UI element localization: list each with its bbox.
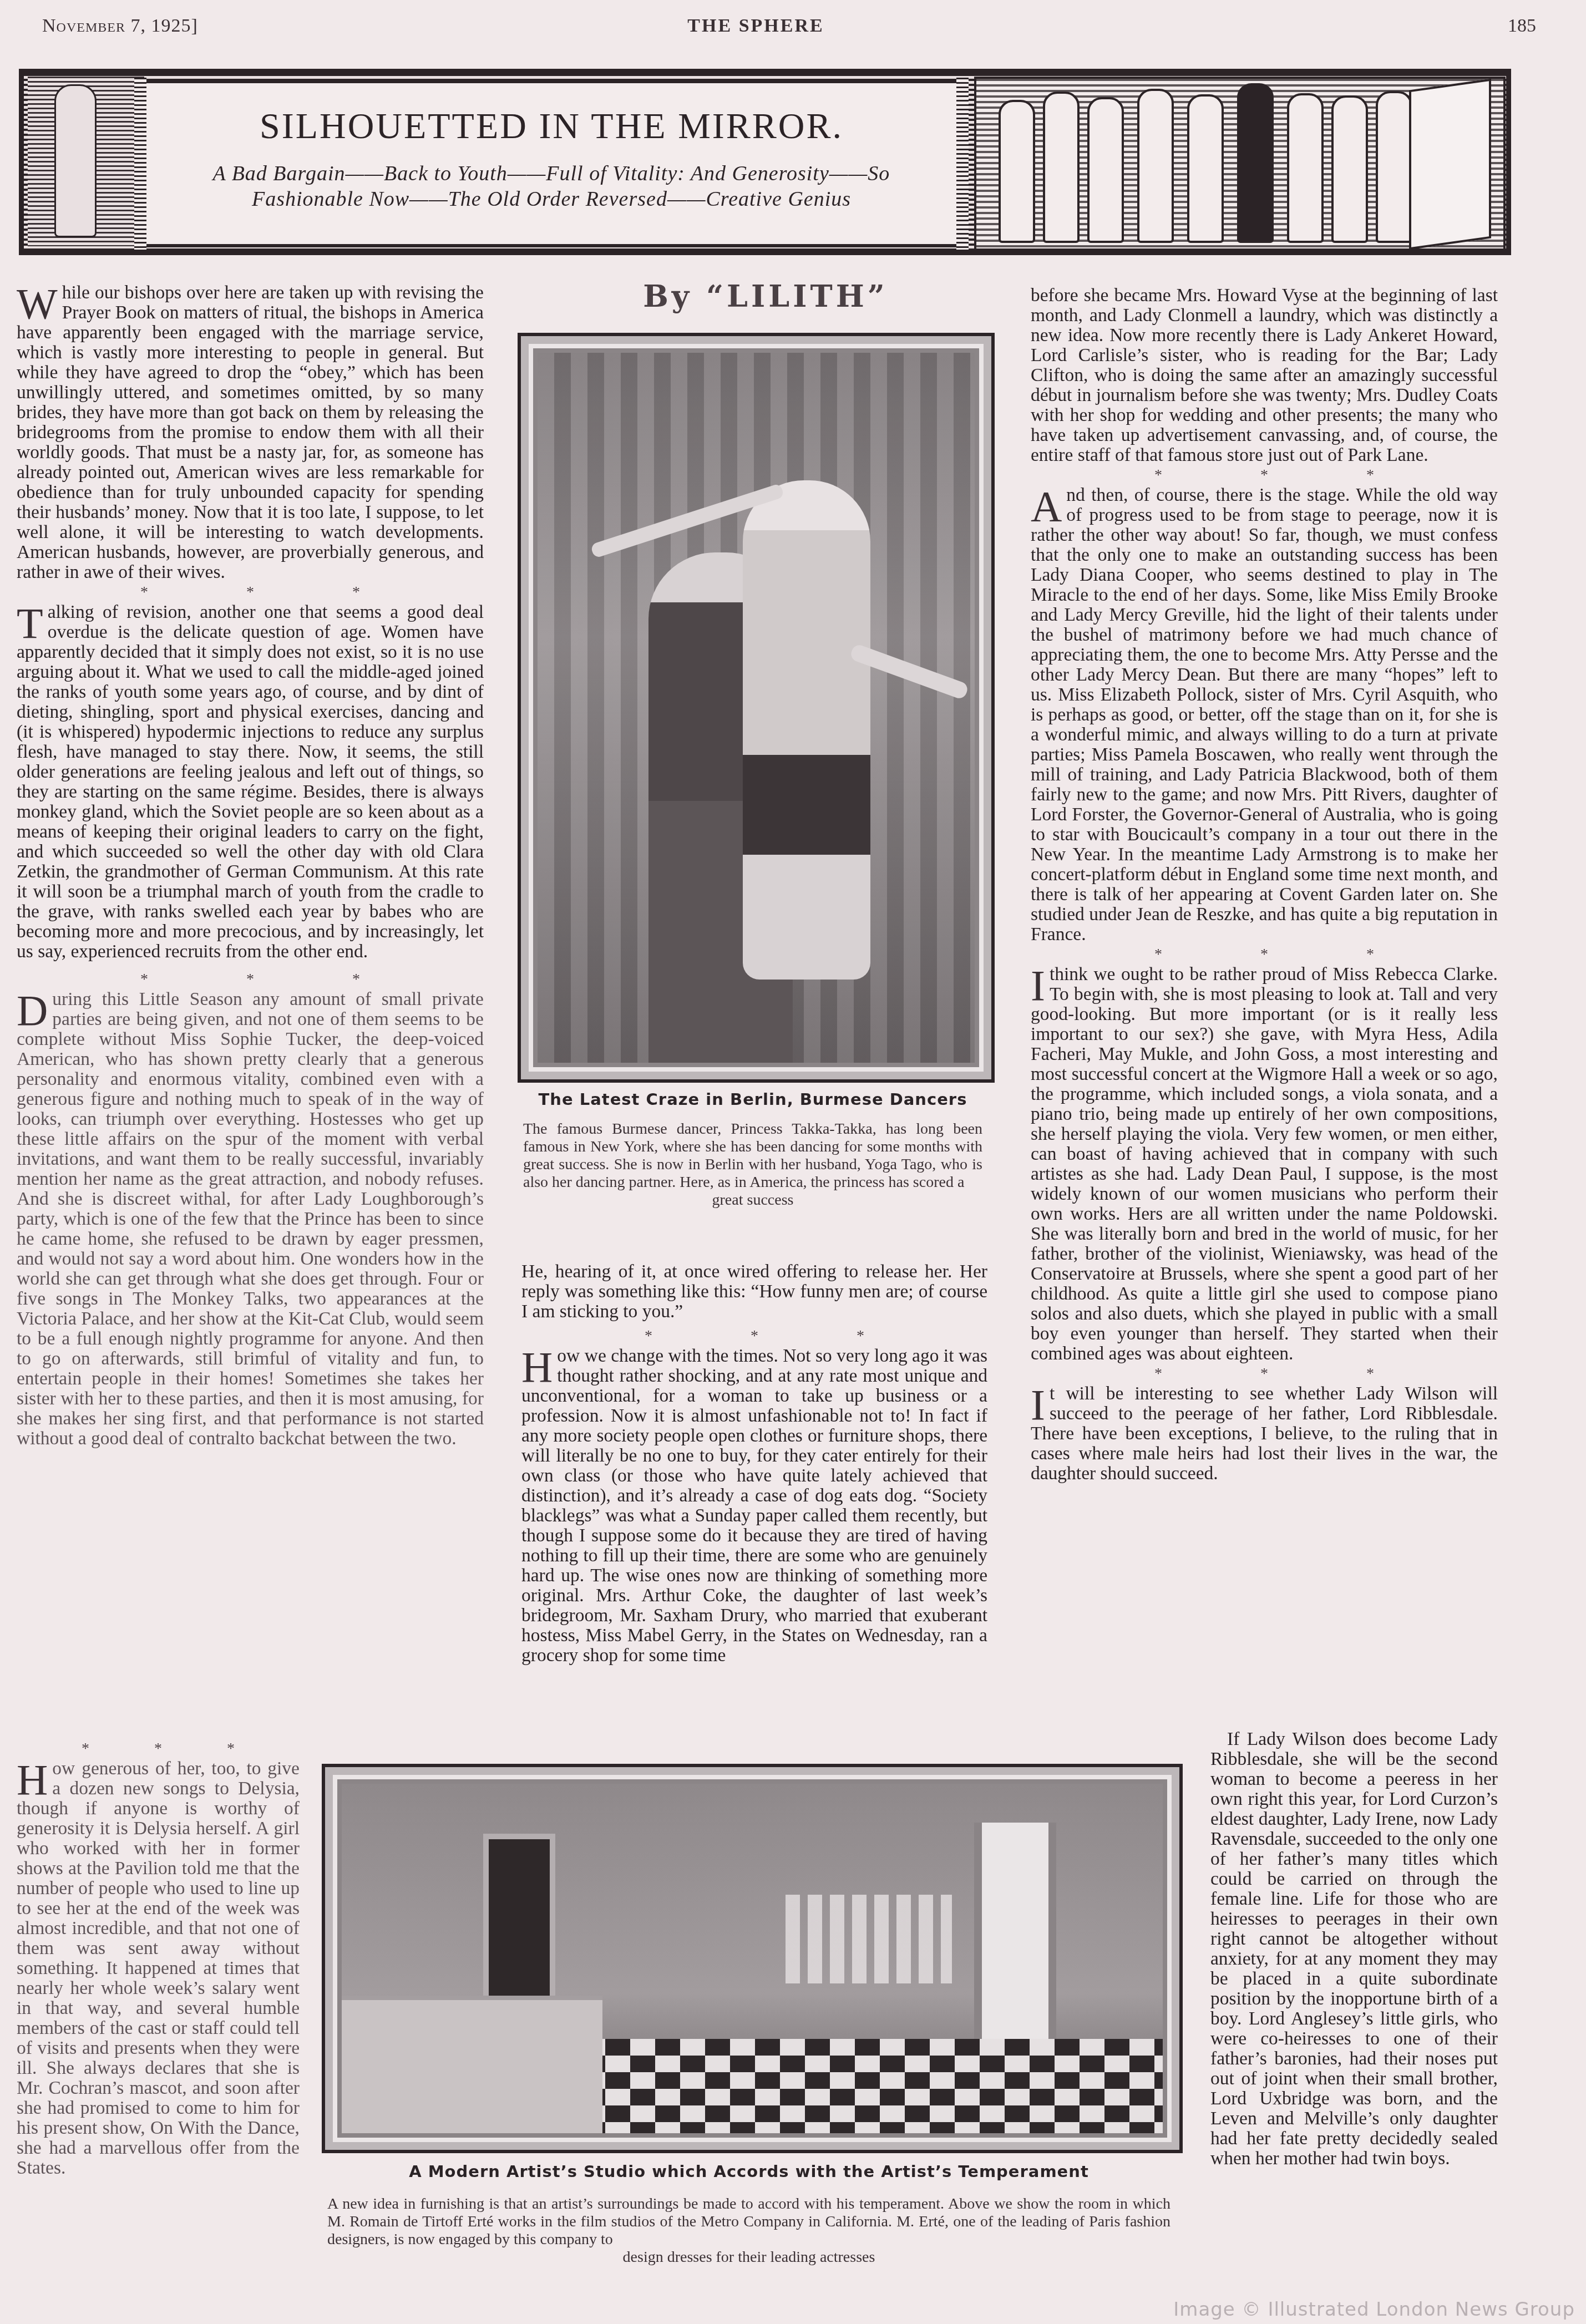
photo-burmese-dancers: [518, 333, 995, 1083]
byline: By “LILITH”: [555, 278, 976, 314]
image-credit: Image © Illustrated London News Group: [1173, 2298, 1575, 2321]
paragraph-society-shops: before she became Mrs. Howard Vyse at th…: [1031, 286, 1498, 465]
column-middle: He, hearing of it, at once wired offerin…: [521, 1262, 987, 1666]
section-divider: * * *: [1031, 1364, 1498, 1384]
paragraph-sophie-tucker: During this Little Season any amount of …: [17, 990, 484, 1449]
drop-cap: A: [1031, 489, 1062, 524]
drop-cap: I: [1031, 1387, 1045, 1423]
section-divider: * * *: [521, 1326, 987, 1346]
section-divider: * * *: [1031, 465, 1498, 485]
jester-illustration-icon: [28, 77, 144, 246]
running-head: November 7, 1925] THE SPHERE 185: [42, 16, 1470, 43]
paragraph-reply: He, hearing of it, at once wired offerin…: [521, 1262, 987, 1322]
article-subtitle: A Bad Bargain——Back to Youth——Full of Vi…: [180, 161, 923, 212]
photo-caption-body: The famous Burmese dancer, Princess Takk…: [523, 1120, 982, 1209]
photo-caption-title: The Latest Craze in Berlin, Burmese Danc…: [518, 1090, 988, 1109]
paragraph-peeresses: If Lady Wilson does become Lady Ribblesd…: [1210, 1729, 1498, 2169]
paragraph-age: Talking of revision, another one that se…: [17, 602, 484, 962]
section-divider: * * *: [17, 582, 484, 602]
drop-cap: W: [17, 286, 58, 322]
section-divider: * * *: [1031, 945, 1498, 965]
paragraph-stage: And then, of course, there is the stage.…: [1031, 485, 1498, 945]
article-title: SILHOUETTED IN THE MIRROR.: [146, 105, 956, 148]
paragraph-lady-wilson: It will be interesting to see whether La…: [1031, 1384, 1498, 1484]
paragraph-business: How we change with the times. Not so ver…: [521, 1346, 987, 1666]
mirror-icon: [1409, 79, 1491, 250]
column-right-lower: If Lady Wilson does become Lady Ribblesd…: [1210, 1729, 1498, 2169]
fashion-figures-illustration-icon: [974, 77, 1506, 251]
drop-cap: I: [1031, 968, 1045, 1003]
column-left: While our bishops over here are taken up…: [17, 283, 484, 1449]
column-right: before she became Mrs. Howard Vyse at th…: [1031, 286, 1498, 1484]
column-left-lower: * * * How generous of her, too, to give …: [17, 1739, 300, 2178]
drop-cap: T: [17, 606, 43, 641]
section-divider: * * *: [17, 1739, 300, 1759]
studio-caption-body: A new idea in furnishing is that an arti…: [327, 2195, 1171, 2266]
article-banner: SILHOUETTED IN THE MIRROR. A Bad Bargain…: [19, 69, 1511, 255]
drop-cap: H: [521, 1349, 553, 1385]
section-divider: * * *: [17, 970, 484, 990]
paragraph-bishops: While our bishops over here are taken up…: [17, 283, 484, 582]
drop-cap: D: [17, 993, 48, 1028]
publication-name: THE SPHERE: [42, 16, 1470, 37]
drop-cap: H: [17, 1762, 48, 1798]
paragraph-delysia: How generous of her, too, to give a doze…: [17, 1759, 300, 2178]
studio-caption-title: A Modern Artist’s Studio which Accords w…: [322, 2162, 1176, 2181]
paragraph-rebecca-clarke: I think we ought to be rather proud of M…: [1031, 965, 1498, 1364]
photo-artist-studio: [322, 1764, 1183, 2153]
banner-scroll: SILHOUETTED IN THE MIRROR. A Bad Bargain…: [146, 80, 956, 247]
page-number: 185: [1508, 16, 1536, 37]
